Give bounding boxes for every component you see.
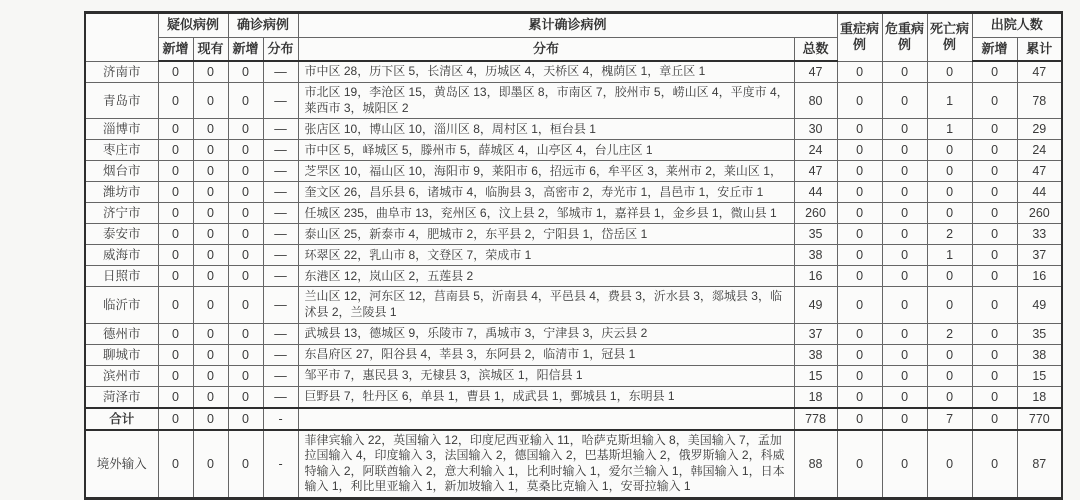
suspected-existing-cell: 0	[193, 61, 228, 83]
confirmed-new-cell: 0	[228, 266, 263, 287]
severe-cell: 0	[837, 323, 882, 344]
city-cell: 滨州市	[85, 365, 158, 386]
city-row: 菏泽市000—巨野县 7，牡丹区 6，单县 1，曹县 1，成武县 1，鄄城县 1…	[85, 386, 1062, 408]
city-row: 枣庄市000—市中区 5，峄城区 5，滕州市 5，薛城区 4，山亭区 4，台儿庄…	[85, 140, 1062, 161]
city-cell: 烟台市	[85, 161, 158, 182]
suspected-cases-group-header: 疑似病例	[158, 13, 228, 38]
discharge-new-cell: 0	[972, 61, 1017, 83]
cum-total-cell: 47	[794, 161, 837, 182]
city-cell: 德州市	[85, 323, 158, 344]
cum-total-cell: 44	[794, 182, 837, 203]
suspected-existing-cell: 0	[193, 386, 228, 408]
discharge-new-cell: 0	[972, 182, 1017, 203]
cum-dist-cell: 奎文区 26，昌乐县 6，诸城市 4，临朐县 3，高密市 2，寿光市 1，昌邑市…	[298, 182, 794, 203]
confirmed-new-cell: 0	[228, 408, 263, 430]
critical-cell: 0	[882, 161, 927, 182]
discharge-new-cell: 0	[972, 266, 1017, 287]
severe-cases-header: 重症病例	[837, 13, 882, 62]
cum-total-cell: 38	[794, 245, 837, 266]
severe-cell: 0	[837, 408, 882, 430]
suspected-new-cell: 0	[158, 140, 193, 161]
confirmed-dist-cell: —	[263, 224, 298, 245]
discharge-new-cell: 0	[972, 408, 1017, 430]
suspected-new-cell: 0	[158, 266, 193, 287]
confirmed-dist-cell: -	[263, 430, 298, 474]
cum-dist-cell: 兰山区 12，河东区 12，莒南县 5，沂南县 4，平邑县 4，费县 3，沂水县…	[298, 287, 794, 323]
confirmed-dist-cell: —	[263, 203, 298, 224]
confirmed-new-cell: 0	[228, 203, 263, 224]
discharge-total-cell: 47	[1017, 61, 1062, 83]
severe-cell: 0	[837, 245, 882, 266]
suspected-new-cell: 0	[158, 61, 193, 83]
confirmed-dist-cell: —	[263, 287, 298, 323]
city-cell: 济南市	[85, 61, 158, 83]
critical-cell: 0	[882, 245, 927, 266]
confirmed-cases-group-header: 确诊病例	[228, 13, 298, 38]
cumulative-total-header: 总数	[794, 37, 837, 61]
city-column-header	[85, 13, 158, 62]
city-cell: 日照市	[85, 266, 158, 287]
cum-total-cell: 49	[794, 287, 837, 323]
city-row: 日照市000—东港区 12，岚山区 2，五莲县 216000016	[85, 266, 1062, 287]
critical-cell: 0	[882, 83, 927, 119]
confirmed-new-cell: 0	[228, 182, 263, 203]
statistics-table-wrap: 疑似病例 确诊病例 累计确诊病例 重症病例 危重病例 死亡病例 出院人数 新增 …	[84, 11, 1063, 474]
death-cell: 0	[927, 266, 972, 287]
cum-dist-cell: 泰山区 25，新泰市 4，肥城市 2，东平县 2，宁阳县 1，岱岳区 1	[298, 224, 794, 245]
confirmed-new-cell: 0	[228, 224, 263, 245]
cum-dist-cell: 东港区 12，岚山区 2，五莲县 2	[298, 266, 794, 287]
suspected-existing-cell: 0	[193, 245, 228, 266]
severe-cell: 0	[837, 344, 882, 365]
confirmed-dist-cell: —	[263, 83, 298, 119]
suspected-existing-cell: 0	[193, 161, 228, 182]
death-cell: 0	[927, 365, 972, 386]
cum-total-cell: 15	[794, 365, 837, 386]
critical-cases-header: 危重病例	[882, 13, 927, 62]
discharge-new-cell: 0	[972, 386, 1017, 408]
cum-dist-cell: 环翠区 22，乳山市 8，文登区 7，荣成市 1	[298, 245, 794, 266]
critical-cell: 0	[882, 119, 927, 140]
discharge-new-cell: 0	[972, 323, 1017, 344]
cum-total-cell: 30	[794, 119, 837, 140]
severe-cell: 0	[837, 161, 882, 182]
confirmed-dist-cell: -	[263, 408, 298, 430]
suspected-existing-cell: 0	[193, 365, 228, 386]
cum-dist-cell: 任城区 235，曲阜市 13，兖州区 6，汶上县 2，邹城市 1，嘉祥县 1，金…	[298, 203, 794, 224]
cum-dist-cell	[298, 408, 794, 430]
suspected-new-cell: 0	[158, 245, 193, 266]
death-cell: 0	[927, 430, 972, 474]
suspected-new-cell: 0	[158, 83, 193, 119]
discharge-total-cell: 44	[1017, 182, 1062, 203]
discharge-new-cell: 0	[972, 140, 1017, 161]
table-body: 济南市000—市中区 28，历下区 5，长清区 4，历城区 4，天桥区 4，槐荫…	[85, 61, 1062, 474]
critical-cell: 0	[882, 386, 927, 408]
suspected-existing-cell: 0	[193, 344, 228, 365]
death-cell: 1	[927, 119, 972, 140]
cum-dist-cell: 邹平市 7，惠民县 3，无棣县 3，滨城区 1，阳信县 1	[298, 365, 794, 386]
critical-cell: 0	[882, 430, 927, 474]
city-row: 淄博市000—张店区 10，博山区 10，淄川区 8，周村区 1，桓台县 130…	[85, 119, 1062, 140]
discharge-total-cell: 37	[1017, 245, 1062, 266]
suspected-existing-cell: 0	[193, 182, 228, 203]
city-cell: 泰安市	[85, 224, 158, 245]
suspected-new-cell: 0	[158, 119, 193, 140]
confirmed-new-cell: 0	[228, 140, 263, 161]
discharge-new-cell: 0	[972, 203, 1017, 224]
city-cell: 境外输入	[85, 430, 158, 474]
cumulative-confirmed-group-header: 累计确诊病例	[298, 13, 837, 38]
critical-cell: 0	[882, 182, 927, 203]
total-row: 合计000-7780070770	[85, 408, 1062, 430]
city-row: 威海市000—环翠区 22，乳山市 8，文登区 7，荣成市 138001037	[85, 245, 1062, 266]
death-cell: 0	[927, 140, 972, 161]
death-cell: 0	[927, 182, 972, 203]
suspected-new-cell: 0	[158, 365, 193, 386]
discharge-total-cell: 87	[1017, 430, 1062, 474]
death-cell: 1	[927, 245, 972, 266]
critical-cell: 0	[882, 203, 927, 224]
covid-statistics-table: 疑似病例 确诊病例 累计确诊病例 重症病例 危重病例 死亡病例 出院人数 新增 …	[84, 11, 1063, 474]
suspected-new-cell: 0	[158, 203, 193, 224]
city-cell: 淄博市	[85, 119, 158, 140]
city-cell: 威海市	[85, 245, 158, 266]
city-row: 德州市000—武城县 13，德城区 9，乐陵市 7，禹城市 3，宁津县 3，庆云…	[85, 323, 1062, 344]
confirmed-new-cell: 0	[228, 287, 263, 323]
discharge-new-cell: 0	[972, 430, 1017, 474]
confirmed-new-cell: 0	[228, 245, 263, 266]
cum-total-cell: 88	[794, 430, 837, 474]
confirmed-new-cell: 0	[228, 61, 263, 83]
confirmed-dist-cell: —	[263, 119, 298, 140]
critical-cell: 0	[882, 344, 927, 365]
confirmed-new-cell: 0	[228, 161, 263, 182]
discharge-total-cell: 260	[1017, 203, 1062, 224]
city-cell: 潍坊市	[85, 182, 158, 203]
confirmed-dist-cell: —	[263, 386, 298, 408]
cum-dist-cell: 芝罘区 10，福山区 10，海阳市 9，莱阳市 6，招远市 6，牟平区 3，莱州…	[298, 161, 794, 182]
critical-cell: 0	[882, 408, 927, 430]
suspected-existing-cell: 0	[193, 119, 228, 140]
city-row: 临沂市000—兰山区 12，河东区 12，莒南县 5，沂南县 4，平邑县 4，费…	[85, 287, 1062, 323]
city-row: 济宁市000—任城区 235，曲阜市 13，兖州区 6，汶上县 2，邹城市 1，…	[85, 203, 1062, 224]
city-cell: 枣庄市	[85, 140, 158, 161]
discharge-total-cell: 24	[1017, 140, 1062, 161]
discharged-group-header: 出院人数	[972, 13, 1062, 38]
discharge-total-cell: 47	[1017, 161, 1062, 182]
discharge-new-cell: 0	[972, 344, 1017, 365]
death-cell: 0	[927, 203, 972, 224]
cum-total-cell: 260	[794, 203, 837, 224]
critical-cell: 0	[882, 323, 927, 344]
suspected-new-cell: 0	[158, 287, 193, 323]
severe-cell: 0	[837, 61, 882, 83]
city-row: 烟台市000—芝罘区 10，福山区 10，海阳市 9，莱阳市 6，招远市 6，牟…	[85, 161, 1062, 182]
discharge-new-cell: 0	[972, 161, 1017, 182]
cum-dist-cell: 东昌府区 27，阳谷县 4，莘县 3，东阿县 2，临清市 1，冠县 1	[298, 344, 794, 365]
confirmed-dist-cell: —	[263, 323, 298, 344]
confirmed-dist-cell: —	[263, 365, 298, 386]
suspected-new-cell: 0	[158, 344, 193, 365]
confirmed-dist-cell: —	[263, 182, 298, 203]
city-row: 泰安市000—泰山区 25，新泰市 4，肥城市 2，东平县 2，宁阳县 1，岱岳…	[85, 224, 1062, 245]
discharge-new-cell: 0	[972, 287, 1017, 323]
suspected-existing-cell: 0	[193, 83, 228, 119]
suspected-existing-cell: 0	[193, 323, 228, 344]
death-cell: 0	[927, 61, 972, 83]
death-cell: 0	[927, 386, 972, 408]
confirmed-dist-cell: —	[263, 245, 298, 266]
discharge-new-cell: 0	[972, 83, 1017, 119]
confirmed-dist-cell: —	[263, 140, 298, 161]
page: 疑似病例 确诊病例 累计确诊病例 重症病例 危重病例 死亡病例 出院人数 新增 …	[0, 0, 1080, 474]
cum-dist-cell: 张店区 10，博山区 10，淄川区 8，周村区 1，桓台县 1	[298, 119, 794, 140]
death-cases-header: 死亡病例	[927, 13, 972, 62]
death-cell: 2	[927, 224, 972, 245]
suspected-existing-cell: 0	[193, 224, 228, 245]
confirmed-new-header: 新增	[228, 37, 263, 61]
discharge-total-cell: 78	[1017, 83, 1062, 119]
cum-dist-cell: 巨野县 7，牡丹区 6，单县 1，曹县 1，成武县 1，鄄城县 1，东明县 1	[298, 386, 794, 408]
confirmed-new-cell: 0	[228, 430, 263, 474]
suspected-existing-cell: 0	[193, 408, 228, 430]
cum-dist-cell: 市中区 5，峄城区 5，滕州市 5，薛城区 4，山亭区 4，台儿庄区 1	[298, 140, 794, 161]
suspected-new-cell: 0	[158, 408, 193, 430]
cum-dist-cell: 武城县 13，德城区 9，乐陵市 7，禹城市 3，宁津县 3，庆云县 2	[298, 323, 794, 344]
confirmed-new-cell: 0	[228, 83, 263, 119]
critical-cell: 0	[882, 287, 927, 323]
cum-dist-cell: 菲律宾输入 22，英国输入 12，印度尼西亚输入 11，哈萨克斯坦输入 8，美国…	[298, 430, 794, 474]
confirmed-dist-header: 分布	[263, 37, 298, 61]
discharge-total-cell: 16	[1017, 266, 1062, 287]
severe-cell: 0	[837, 287, 882, 323]
severe-cell: 0	[837, 140, 882, 161]
severe-cell: 0	[837, 203, 882, 224]
city-row: 潍坊市000—奎文区 26，昌乐县 6，诸城市 4，临朐县 3，高密市 2，寿光…	[85, 182, 1062, 203]
suspected-existing-cell: 0	[193, 203, 228, 224]
city-row: 滨州市000—邹平市 7，惠民县 3，无棣县 3，滨城区 1，阳信县 11500…	[85, 365, 1062, 386]
death-cell: 0	[927, 344, 972, 365]
discharge-total-cell: 15	[1017, 365, 1062, 386]
death-cell: 0	[927, 287, 972, 323]
discharge-total-cell: 18	[1017, 386, 1062, 408]
suspected-new-cell: 0	[158, 224, 193, 245]
cum-total-cell: 778	[794, 408, 837, 430]
cum-total-cell: 38	[794, 344, 837, 365]
suspected-existing-cell: 0	[193, 430, 228, 474]
cum-total-cell: 37	[794, 323, 837, 344]
severe-cell: 0	[837, 365, 882, 386]
critical-cell: 0	[882, 61, 927, 83]
cum-dist-cell: 市中区 28，历下区 5，长清区 4，历城区 4，天桥区 4，槐荫区 1，章丘区…	[298, 61, 794, 83]
discharge-total-cell: 35	[1017, 323, 1062, 344]
death-cell: 7	[927, 408, 972, 430]
confirmed-dist-cell: —	[263, 161, 298, 182]
suspected-existing-header: 现有	[193, 37, 228, 61]
confirmed-new-cell: 0	[228, 386, 263, 408]
discharge-new-header: 新增	[972, 37, 1017, 61]
discharge-total-cell: 29	[1017, 119, 1062, 140]
discharge-new-cell: 0	[972, 119, 1017, 140]
confirmed-new-cell: 0	[228, 119, 263, 140]
suspected-existing-cell: 0	[193, 287, 228, 323]
critical-cell: 0	[882, 266, 927, 287]
suspected-new-cell: 0	[158, 323, 193, 344]
severe-cell: 0	[837, 119, 882, 140]
city-cell: 菏泽市	[85, 386, 158, 408]
suspected-new-cell: 0	[158, 161, 193, 182]
discharge-new-cell: 0	[972, 224, 1017, 245]
severe-cell: 0	[837, 266, 882, 287]
severe-cell: 0	[837, 83, 882, 119]
city-cell: 济宁市	[85, 203, 158, 224]
severe-cell: 0	[837, 386, 882, 408]
cum-dist-cell: 市北区 19，李沧区 15，黄岛区 13，即墨区 8，市南区 7，胶州市 5，崂…	[298, 83, 794, 119]
imported-row: 境外输入000-菲律宾输入 22，英国输入 12，印度尼西亚输入 11，哈萨克斯…	[85, 430, 1062, 474]
city-cell: 青岛市	[85, 83, 158, 119]
confirmed-new-cell: 0	[228, 323, 263, 344]
city-row: 济南市000—市中区 28，历下区 5，长清区 4，历城区 4，天桥区 4，槐荫…	[85, 61, 1062, 83]
confirmed-new-cell: 0	[228, 365, 263, 386]
suspected-existing-cell: 0	[193, 266, 228, 287]
suspected-new-cell: 0	[158, 430, 193, 474]
severe-cell: 0	[837, 182, 882, 203]
severe-cell: 0	[837, 430, 882, 474]
city-cell: 临沂市	[85, 287, 158, 323]
confirmed-new-cell: 0	[228, 344, 263, 365]
cum-total-cell: 18	[794, 386, 837, 408]
severe-cell: 0	[837, 224, 882, 245]
suspected-new-cell: 0	[158, 386, 193, 408]
cum-total-cell: 80	[794, 83, 837, 119]
discharge-new-cell: 0	[972, 365, 1017, 386]
discharge-total-cell: 33	[1017, 224, 1062, 245]
cum-total-cell: 16	[794, 266, 837, 287]
discharge-total-cell: 49	[1017, 287, 1062, 323]
confirmed-dist-cell: —	[263, 61, 298, 83]
death-cell: 0	[927, 161, 972, 182]
cum-total-cell: 47	[794, 61, 837, 83]
discharge-total-cell: 770	[1017, 408, 1062, 430]
city-cell: 聊城市	[85, 344, 158, 365]
death-cell: 1	[927, 83, 972, 119]
critical-cell: 0	[882, 140, 927, 161]
discharge-total-cell: 38	[1017, 344, 1062, 365]
confirmed-dist-cell: —	[263, 266, 298, 287]
suspected-new-cell: 0	[158, 182, 193, 203]
critical-cell: 0	[882, 224, 927, 245]
table-header: 疑似病例 确诊病例 累计确诊病例 重症病例 危重病例 死亡病例 出院人数 新增 …	[85, 13, 1062, 62]
discharge-new-cell: 0	[972, 245, 1017, 266]
cum-total-cell: 24	[794, 140, 837, 161]
cum-total-cell: 35	[794, 224, 837, 245]
suspected-new-header: 新增	[158, 37, 193, 61]
discharge-cumulative-header: 累计	[1017, 37, 1062, 61]
header-row-groups: 疑似病例 确诊病例 累计确诊病例 重症病例 危重病例 死亡病例 出院人数	[85, 13, 1062, 38]
critical-cell: 0	[882, 365, 927, 386]
cumulative-dist-header: 分布	[298, 37, 794, 61]
suspected-existing-cell: 0	[193, 140, 228, 161]
city-row: 聊城市000—东昌府区 27，阳谷县 4，莘县 3，东阿县 2，临清市 1，冠县…	[85, 344, 1062, 365]
death-cell: 2	[927, 323, 972, 344]
confirmed-dist-cell: —	[263, 344, 298, 365]
city-row: 青岛市000—市北区 19，李沧区 15，黄岛区 13，即墨区 8，市南区 7，…	[85, 83, 1062, 119]
city-cell: 合计	[85, 408, 158, 430]
